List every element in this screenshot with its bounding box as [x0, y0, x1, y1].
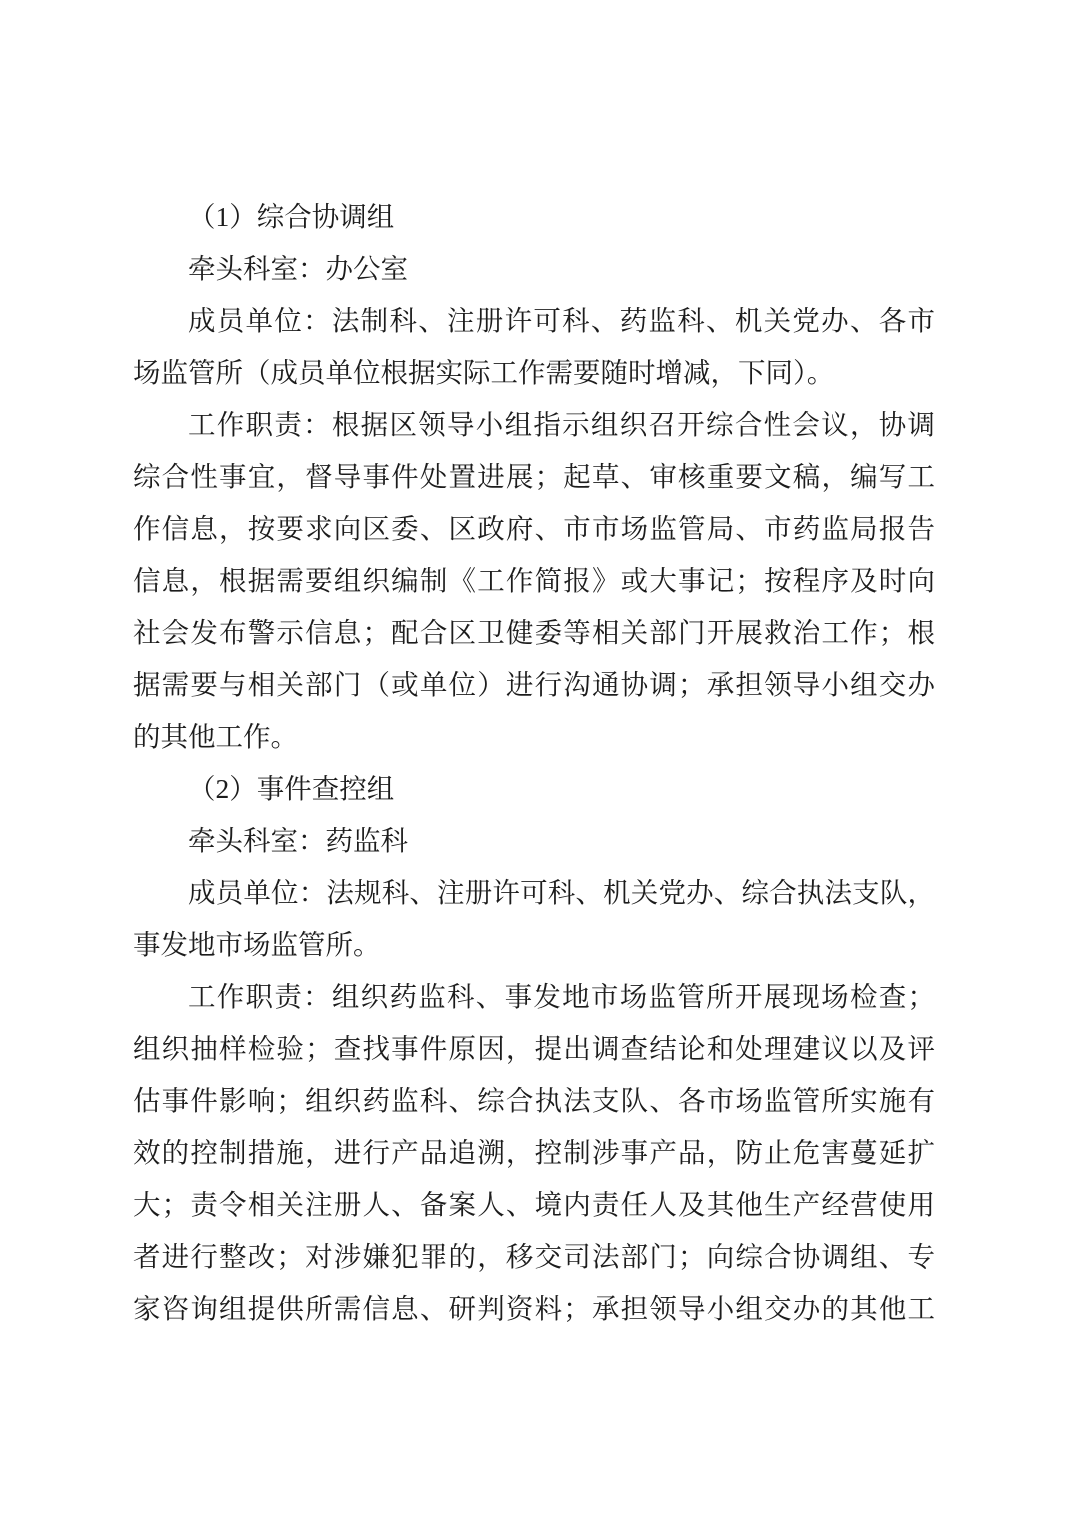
section-1-heading-line-1: （1）综合协调组 — [133, 191, 935, 243]
section-1-duties-line-6: 据需要与相关部门（或单位）进行沟通协调；承担领导小组交办 — [133, 659, 935, 711]
section-2-duties: 工作职责：组织药监科、事发地市场监管所开展现场检查；组织抽样检验；查找事件原因，… — [133, 971, 935, 1335]
section-1-duties-line-2: 综合性事宜，督导事件处置进展；起草、审核重要文稿，编写工 — [133, 451, 935, 503]
section-2-duties-line-7: 家咨询组提供所需信息、研判资料；承担领导小组交办的其他工 — [133, 1283, 935, 1335]
section-2-lead-dept: 牵头科室：药监科 — [133, 815, 935, 867]
section-2-duties-line-4: 效的控制措施，进行产品追溯，控制涉事产品，防止危害蔓延扩 — [133, 1127, 935, 1179]
section-2-duties-line-6: 者进行整改；对涉嫌犯罪的，移交司法部门；向综合协调组、专 — [133, 1231, 935, 1283]
section-2-duties-line-5: 大；责令相关注册人、备案人、境内责任人及其他生产经营使用 — [133, 1179, 935, 1231]
section-1-duties-line-5: 社会发布警示信息；配合区卫健委等相关部门开展救治工作；根 — [133, 607, 935, 659]
section-2-members-line-2: 事发地市场监管所。 — [133, 919, 935, 971]
section-2-heading: （2）事件查控组 — [133, 763, 935, 815]
section-1-lead-dept: 牵头科室：办公室 — [133, 243, 935, 295]
section-1-heading: （1）综合协调组 — [133, 191, 935, 243]
section-2-duties-line-2: 组织抽样检验；查找事件原因，提出调查结论和处理建议以及评 — [133, 1023, 935, 1075]
document-text-block: （1）综合协调组牵头科室：办公室成员单位：法制科、注册许可科、药监科、机关党办、… — [133, 191, 935, 1335]
section-1-members-line-1: 成员单位：法制科、注册许可科、药监科、机关党办、各市 — [133, 295, 935, 347]
document-page: （1）综合协调组牵头科室：办公室成员单位：法制科、注册许可科、药监科、机关党办、… — [0, 0, 1074, 1520]
section-1-lead-dept-line-1: 牵头科室：办公室 — [133, 243, 935, 295]
section-1-duties-line-3: 作信息，按要求向区委、区政府、市市场监管局、市药监局报告 — [133, 503, 935, 555]
section-2-lead-dept-line-1: 牵头科室：药监科 — [133, 815, 935, 867]
section-1-members: 成员单位：法制科、注册许可科、药监科、机关党办、各市场监管所（成员单位根据实际工… — [133, 295, 935, 399]
section-1-duties-line-7: 的其他工作。 — [133, 711, 935, 763]
section-2-heading-line-1: （2）事件查控组 — [133, 763, 935, 815]
section-1-duties-line-1: 工作职责：根据区领导小组指示组织召开综合性会议，协调 — [133, 399, 935, 451]
section-2-duties-line-3: 估事件影响；组织药监科、综合执法支队、各市场监管所实施有 — [133, 1075, 935, 1127]
section-1-duties-line-4: 信息，根据需要组织编制《工作简报》或大事记；按程序及时向 — [133, 555, 935, 607]
section-2-members: 成员单位：法规科、注册许可科、机关党办、综合执法支队，事发地市场监管所。 — [133, 867, 935, 971]
section-2-members-line-1: 成员单位：法规科、注册许可科、机关党办、综合执法支队， — [133, 867, 935, 919]
section-1-members-line-2: 场监管所（成员单位根据实际工作需要随时增减，下同）。 — [133, 347, 935, 399]
section-1-duties: 工作职责：根据区领导小组指示组织召开综合性会议，协调综合性事宜，督导事件处置进展… — [133, 399, 935, 763]
section-2-duties-line-1: 工作职责：组织药监科、事发地市场监管所开展现场检查； — [133, 971, 935, 1023]
